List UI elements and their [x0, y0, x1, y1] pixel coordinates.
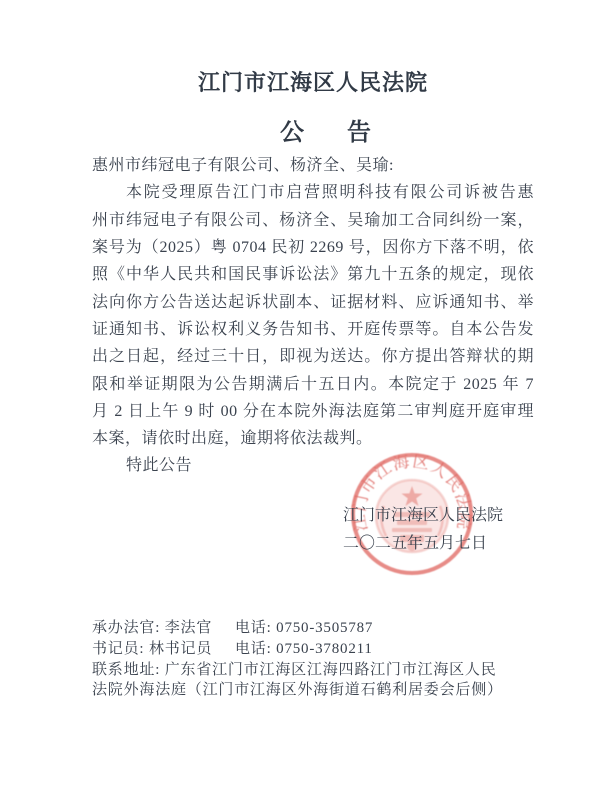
- notice-title: 公 告: [280, 112, 381, 147]
- body-line: 月 2 日上午 9 时 00 分在本院外海法庭第二审判庭开庭审理: [92, 398, 534, 425]
- signature-date: 二〇二五年五月七日: [343, 530, 503, 558]
- body-line: 本院受理原告江门市启营照明科技有限公司诉被告惠: [92, 179, 534, 206]
- judge-tel-label: 电话:: [235, 620, 272, 636]
- court-notice-page: 江门市江海区人民法院 公 告 惠州市纬冠电子有限公司、杨济全、吴瑜:本院受理原告…: [0, 0, 600, 800]
- body-line: 惠州市纬冠电子有限公司、杨济全、吴瑜:: [92, 152, 534, 179]
- body-line: 州市纬冠电子有限公司、杨济全、吴瑜加工合同纠纷一案，: [92, 207, 534, 234]
- body-line: 出之日起，经过三十日，即视为送达。你方提出答辩状的期: [92, 343, 534, 370]
- body-line: 限和举证期限为公告期满后十五日内。本院定于 2025 年 7: [92, 371, 534, 398]
- address-line-2: 法院外海法庭（江门市江海区外海街道石鹤利居委会后侧）: [92, 680, 552, 701]
- clerk-label: 书记员:: [92, 641, 144, 657]
- judge-line: 承办法官: 李法官电话: 0750-3505787: [92, 618, 552, 639]
- clerk-tel-label: 电话:: [235, 641, 272, 657]
- address-line-1: 联系地址: 广东省江门市江海区江海四路江门市江海区人民: [92, 660, 552, 681]
- clerk-name: 林书记员: [149, 641, 212, 657]
- body-line: 照《中华人民共和国民事诉讼法》第九十五条的规定，现依: [92, 261, 534, 288]
- body-line: 案号为（2025）粤 0704 民初 2269 号，因你方下落不明，依: [92, 234, 534, 261]
- judge-tel: 0750-3505787: [276, 620, 373, 636]
- judge-label: 承办法官:: [92, 620, 160, 636]
- signature-block: 江门市江海区人民法院 二〇二五年五月七日: [343, 502, 503, 558]
- clerk-line: 书记员: 林书记员电话: 0750-3780211: [92, 639, 552, 660]
- court-title: 江门市江海区人民法院: [92, 66, 534, 97]
- body-line: 证通知书、诉讼权利义务告知书、开庭传票等。自本公告发: [92, 316, 534, 343]
- clerk-tel: 0750-3780211: [276, 641, 373, 657]
- body-line: 法向你方公告送达起诉状副本、证据材料、应诉通知书、举: [92, 289, 534, 316]
- signature-court-name: 江门市江海区人民法院: [343, 502, 503, 530]
- notice-body: 惠州市纬冠电子有限公司、杨济全、吴瑜:本院受理原告江门市启营照明科技有限公司诉被…: [92, 152, 534, 480]
- contact-block: 承办法官: 李法官电话: 0750-3505787 书记员: 林书记员电话: 0…: [92, 618, 552, 701]
- judge-name: 李法官: [165, 620, 212, 636]
